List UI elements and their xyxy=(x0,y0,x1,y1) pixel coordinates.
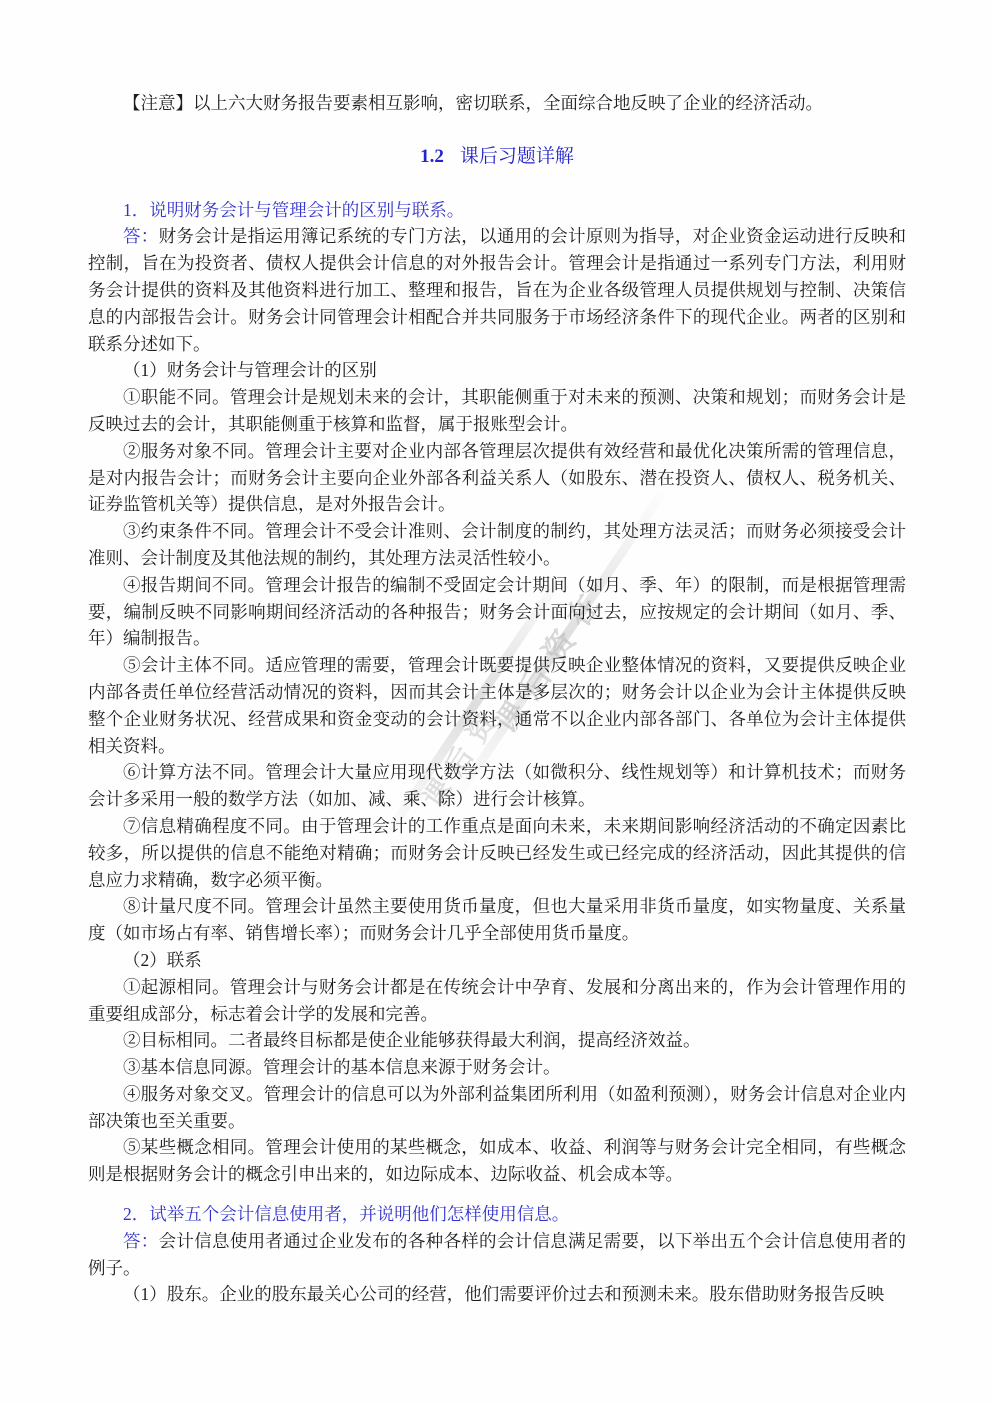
section-heading: 1.2课后习题详解 xyxy=(88,144,906,171)
answer-prefix: 答： xyxy=(123,1231,159,1251)
q1-part1-item: ②服务对象不同。管理会计主要对企业内部各管理层次提供有效经营和最优化决策所需的管… xyxy=(88,438,906,518)
q1-part1-item: ④报告期间不同。管理会计报告的编制不受固定会计期间（如月、季、年）的限制，而是根… xyxy=(88,572,906,652)
notice-paragraph: 【注意】以上六大财务报告要素相互影响，密切联系，全面综合地反映了企业的经济活动。 xyxy=(88,90,906,117)
q1-part1-item: ①职能不同。管理会计是规划未来的会计，其职能侧重于对未来的预测、决策和规划；而财… xyxy=(88,384,906,438)
document-page: 课后资在 课后资 【注意】以上六大财务报告要素相互影响，密切联系，全面综合地反映… xyxy=(0,0,993,1403)
document-content: 【注意】以上六大财务报告要素相互影响，密切联系，全面综合地反映了企业的经济活动。… xyxy=(88,90,906,1308)
q1-part1-item: ⑦信息精确程度不同。由于管理会计的工作重点是面向未来，未来期间影响经济活动的不确… xyxy=(88,813,906,893)
question-2-title: 2．试举五个会计信息使用者，并说明他们怎样使用信息。 xyxy=(88,1201,906,1228)
q1-part2-item: ③基本信息同源。管理会计的基本信息来源于财务会计。 xyxy=(88,1054,906,1081)
answer-intro-text: 财务会计是指运用簿记系统的专门方法，以通用的会计原则为指导，对企业资金运动进行反… xyxy=(88,226,906,353)
q1-part1-heading: （1）财务会计与管理会计的区别 xyxy=(88,357,906,384)
q1-part2-item: ④服务对象交叉。管理会计的信息可以为外部利益集团所利用（如盈利预测），财务会计信… xyxy=(88,1081,906,1135)
section-number: 1.2 xyxy=(420,146,444,167)
answer-intro-text: 会计信息使用者通过企业发布的各种各样的会计信息满足需要，以下举出五个会计信息使用… xyxy=(88,1231,906,1278)
question-1-answer-intro: 答：财务会计是指运用簿记系统的专门方法，以通用的会计原则为指导，对企业资金运动进… xyxy=(88,223,906,357)
q1-part1-item: ⑧计量尺度不同。管理会计虽然主要使用货币量度，但也大量采用非货币量度，如实物量度… xyxy=(88,893,906,947)
q1-part2-item: ①起源相同。管理会计与财务会计都是在传统会计中孕育、发展和分离出来的，作为会计管… xyxy=(88,974,906,1028)
q1-part1-item: ⑥计算方法不同。管理会计大量应用现代数学方法（如微积分、线性规划等）和计算机技术… xyxy=(88,759,906,813)
q2-item: （1）股东。企业的股东最关心公司的经营，他们需要评价过去和预测未来。股东借助财务… xyxy=(88,1281,906,1308)
answer-prefix: 答： xyxy=(123,226,159,246)
question-1-title: 1．说明财务会计与管理会计的区别与联系。 xyxy=(88,197,906,224)
q1-part2-item: ⑤某些概念相同。管理会计使用的某些概念，如成本、收益、利润等与财务会计完全相同，… xyxy=(88,1134,906,1188)
q1-part1-item: ③约束条件不同。管理会计不受会计准则、会计制度的制约，其处理方法灵活；而财务必须… xyxy=(88,518,906,572)
section-title: 课后习题详解 xyxy=(460,146,574,167)
q1-part2-item: ②目标相同。二者最终目标都是使企业能够获得最大利润，提高经济效益。 xyxy=(88,1027,906,1054)
q1-part1-item: ⑤会计主体不同。适应管理的需要，管理会计既要提供反映企业整体情况的资料，又要提供… xyxy=(88,652,906,759)
question-2-answer-intro: 答：会计信息使用者通过企业发布的各种各样的会计信息满足需要，以下举出五个会计信息… xyxy=(88,1228,906,1282)
q1-part2-heading: （2）联系 xyxy=(88,947,906,974)
